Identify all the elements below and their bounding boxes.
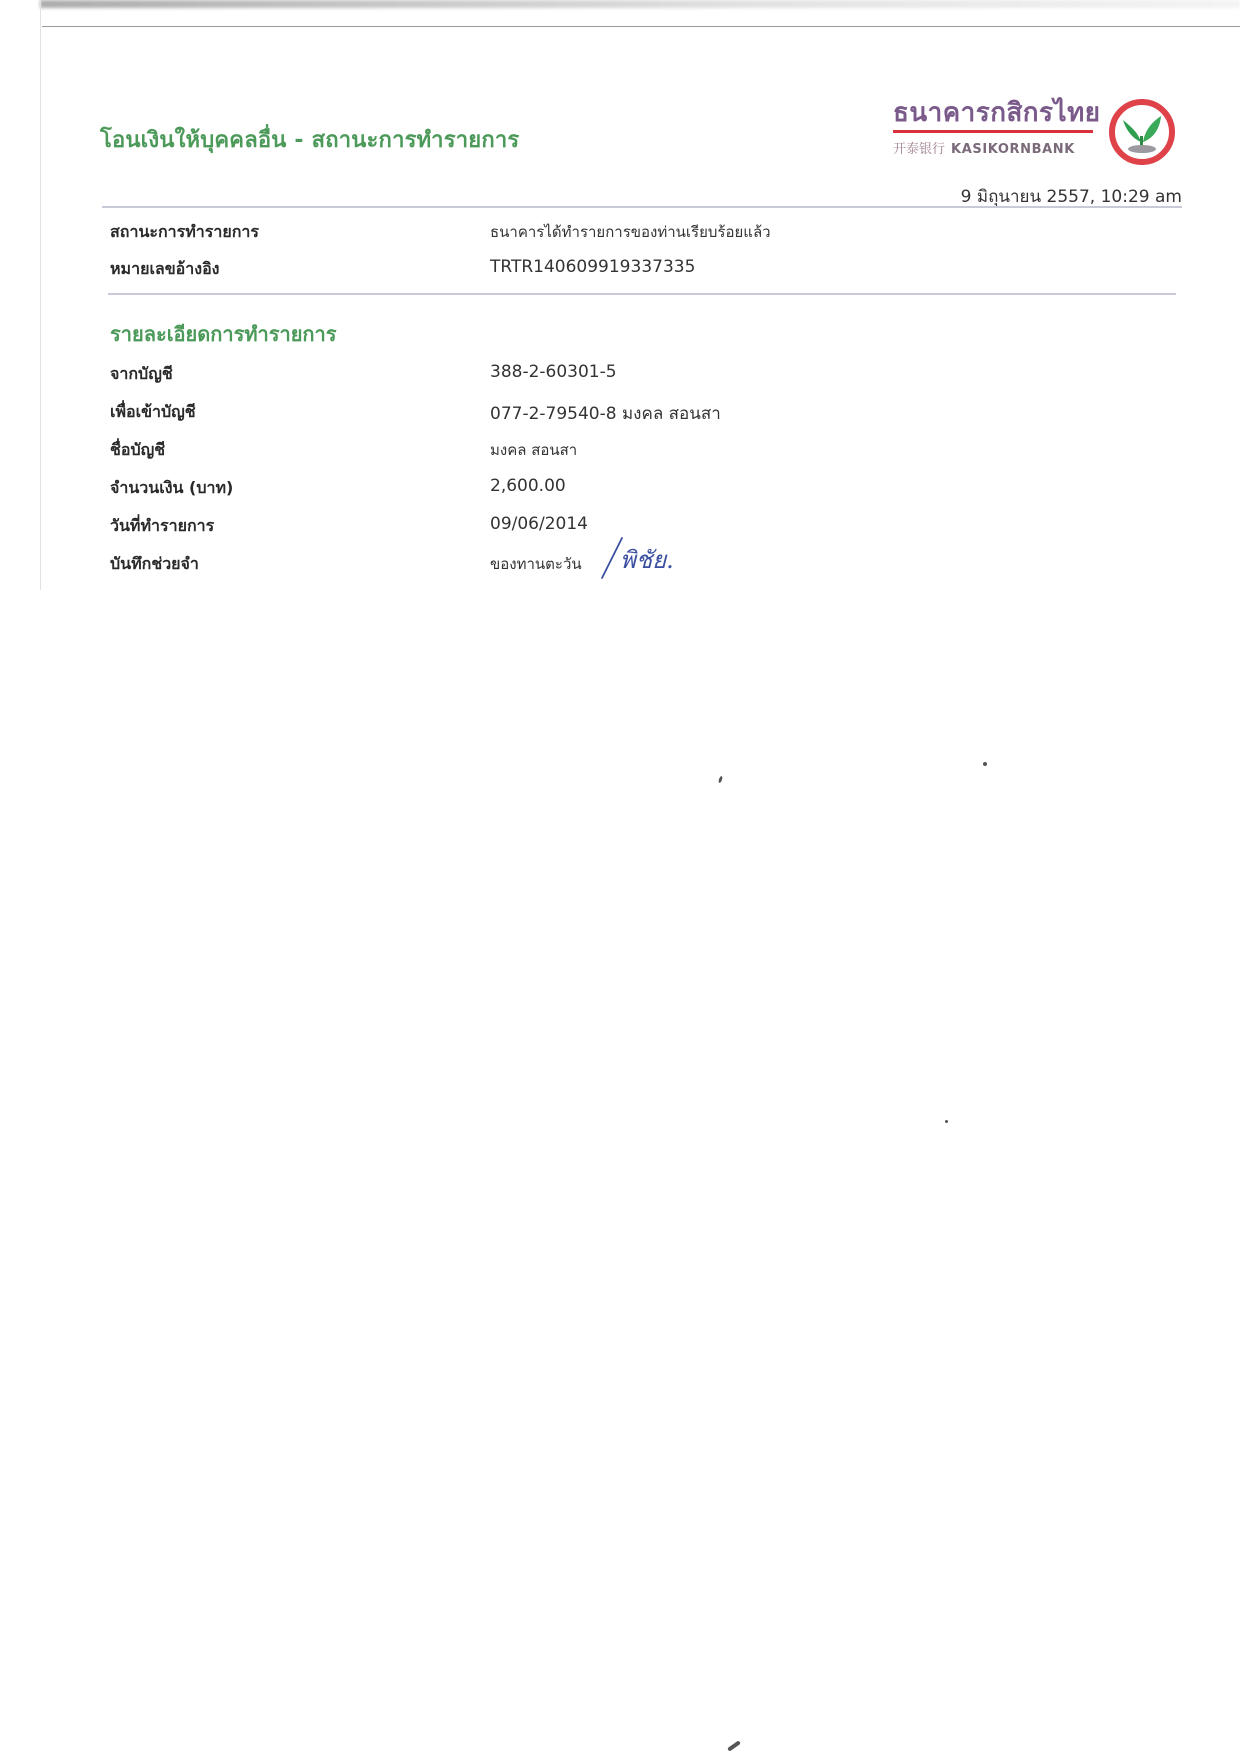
scan-speck xyxy=(718,776,723,784)
memo-value: ของทานตะวัน xyxy=(490,552,582,576)
kbank-sprout-logo-icon xyxy=(1108,98,1176,166)
scan-left-edge xyxy=(40,0,41,590)
divider-middle xyxy=(108,293,1176,295)
reference-value: TRTR140609919337335 xyxy=(490,257,695,277)
handwritten-signature: พิชัย. xyxy=(600,534,690,580)
to-account-value: 077-2-79540-8 มงคล สอนสา xyxy=(490,400,721,427)
scan-speck xyxy=(983,762,987,766)
reference-label: หมายเลขอ้างอิง xyxy=(110,257,220,282)
amount-label: จำนวนเงิน (บาท) xyxy=(110,476,233,501)
status-label: สถานะการทำรายการ xyxy=(110,220,259,245)
status-value: ธนาคารได้ทำรายการของท่านเรียบร้อยแล้ว xyxy=(490,220,771,244)
account-name-value: มงคล สอนสา xyxy=(490,438,577,462)
divider-top xyxy=(102,206,1182,208)
transaction-date-value: 09/06/2014 xyxy=(490,514,588,534)
scan-edge-shadow xyxy=(40,0,1240,8)
bank-name-english: 开泰银行KASIKORNBANK xyxy=(893,138,1100,157)
logo-underline xyxy=(893,130,1093,133)
bank-name-thai: ธนาคารกสิกรไทย xyxy=(893,98,1100,128)
scan-edge-line xyxy=(42,26,1240,27)
amount-value: 2,600.00 xyxy=(490,476,566,496)
account-name-label: ชื่อบัญชี xyxy=(110,438,165,463)
page-title: โอนเงินให้บุคคลอื่น - สถานะการทำรายการ xyxy=(100,122,519,157)
bank-name-chinese: 开泰银行 xyxy=(893,142,945,157)
transaction-date-label: วันที่ทำรายการ xyxy=(110,514,214,539)
scan-speck xyxy=(727,1740,741,1751)
bank-logo-text: ธนาคารกสิกรไทย 开泰银行KASIKORNBANK xyxy=(893,98,1100,157)
scan-speck xyxy=(945,1120,948,1123)
bank-name-latin: KASIKORNBANK xyxy=(951,142,1075,157)
to-account-label: เพื่อเข้าบัญชี xyxy=(110,400,196,425)
from-account-value: 388-2-60301-5 xyxy=(490,362,617,382)
from-account-label: จากบัญชี xyxy=(110,362,173,387)
svg-text:พิชัย.: พิชัย. xyxy=(620,546,674,574)
memo-label: บันทึกช่วยจำ xyxy=(110,552,199,577)
details-section-title: รายละเอียดการทำรายการ xyxy=(110,318,337,350)
